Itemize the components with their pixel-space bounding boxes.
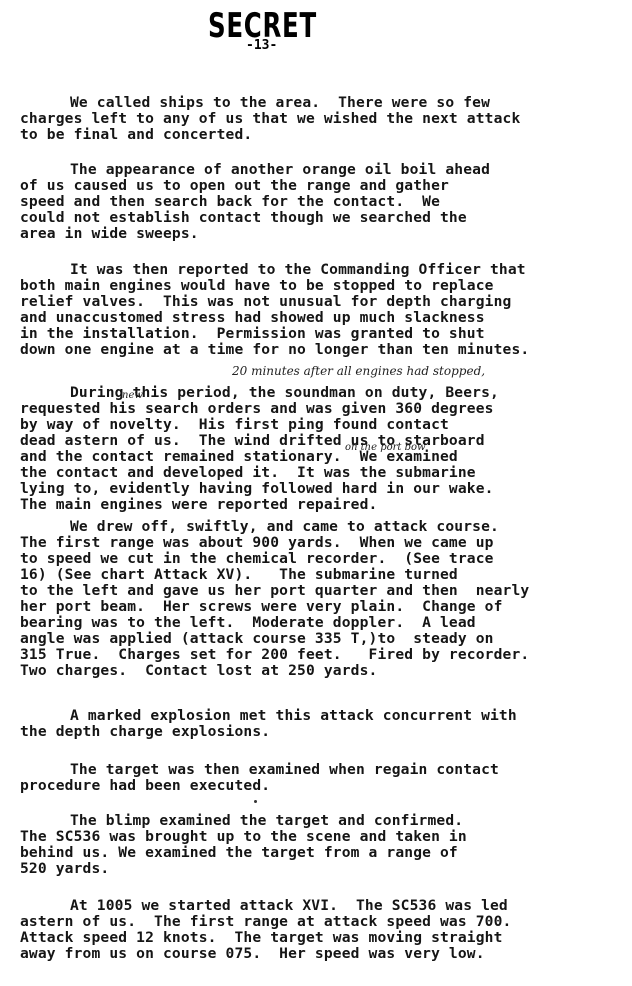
text-line: dead astern of us. The wind drifted us t… (20, 433, 485, 449)
page-number: -13- (246, 38, 277, 53)
text-line: requested his search orders and was give… (20, 401, 494, 417)
text-line: 520 yards. (20, 861, 109, 877)
text-line: lying to, evidently having followed hard… (20, 481, 494, 497)
text-line: the contact and developed it. It was the… (20, 465, 476, 481)
text-line: and unaccustomed stress had showed up mu… (20, 310, 485, 326)
text-line: bearing was to the left. Moderate dopple… (20, 615, 476, 631)
text-line: 16) (See chart Attack XV). The submarine… (20, 567, 458, 583)
text-line: We called ships to the area. There were … (70, 95, 490, 111)
text-line: the depth charge explosions. (20, 724, 270, 740)
text-line: At 1005 we started attack XVI. The SC536… (70, 898, 508, 914)
text-line: in the installation. Permission was gran… (20, 326, 485, 342)
text-line: Attack speed 12 knots. The target was mo… (20, 930, 503, 946)
text-line: both main engines would have to be stopp… (20, 278, 494, 294)
text-line: down one engine at a time for no longer … (20, 342, 529, 358)
text-line: could not establish contact though we se… (20, 210, 467, 226)
text-line: The SC536 was brought up to the scene an… (20, 829, 467, 845)
scan-speck (254, 800, 257, 803)
handwritten-annotation: 20 minutes after all engines had stopped… (232, 364, 485, 378)
text-line: by way of novelty. His first ping found … (20, 417, 449, 433)
text-line: It was then reported to the Commanding O… (70, 262, 526, 278)
text-line: and the contact remained stationary. We … (20, 449, 458, 465)
text-line: relief valves. This was not unusual for … (20, 294, 512, 310)
text-line: We drew off, swiftly, and came to attack… (70, 519, 499, 535)
text-line: angle was applied (attack course 335 T,)… (20, 631, 494, 647)
text-line: The blimp examined the target and confir… (70, 813, 463, 829)
text-line: to the left and gave us her port quarter… (20, 583, 529, 599)
text-line: 315 True. Charges set for 200 feet. Fire… (20, 647, 529, 663)
text-line: The target was then examined when regain… (70, 762, 499, 778)
text-line: speed and then search back for the conta… (20, 194, 440, 210)
text-line: procedure had been executed. (20, 778, 270, 794)
text-line: away from us on course 075. Her speed wa… (20, 946, 485, 962)
text-line: astern of us. The first range at attack … (20, 914, 512, 930)
text-line: The main engines were reported repaired. (20, 497, 377, 513)
text-line: her port beam. Her screws were very plai… (20, 599, 503, 615)
text-line: The first range was about 900 yards. Whe… (20, 535, 494, 551)
document-page: SECRET -13- We called ships to the area.… (0, 0, 632, 986)
text-line: to be final and concerted. (20, 127, 252, 143)
text-line: of us caused us to open out the range an… (20, 178, 449, 194)
text-line: Two charges. Contact lost at 250 yards. (20, 663, 377, 679)
text-line: charges left to any of us that we wished… (20, 111, 520, 127)
text-line: During this period, the soundman on duty… (70, 385, 499, 401)
text-line: The appearance of another orange oil boi… (70, 162, 490, 178)
text-line: A marked explosion met this attack concu… (70, 708, 517, 724)
text-line: to speed we cut in the chemical recorder… (20, 551, 494, 567)
text-line: behind us. We examined the target from a… (20, 845, 458, 861)
text-line: area in wide sweeps. (20, 226, 199, 242)
